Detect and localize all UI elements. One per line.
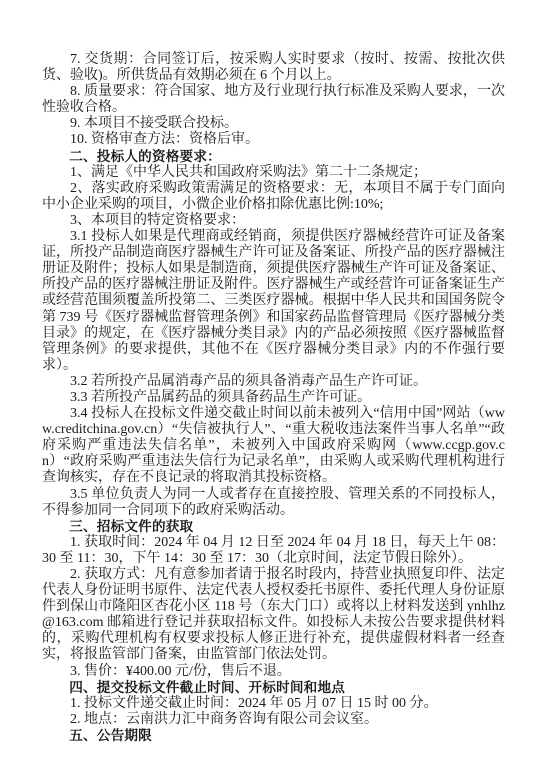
- paragraph: 2、落实政府采购政策需满足的资格要求：无，本项目不属于专门面向中小企业采购的项目…: [42, 181, 505, 213]
- section-heading: 二、投标人的资格要求：: [42, 149, 505, 165]
- paragraph: 3、本项目的特定资格要求：: [42, 213, 505, 229]
- paragraph: 3.5 单位负责人为同一人或者存在直接控股、管理关系的不同投标人，不得参加同一合…: [42, 487, 505, 519]
- paragraph: 2. 获取方式：凡有意参加者请于报名时段内，持营业执照复印件、法定代表人身份证明…: [42, 567, 505, 664]
- paragraph: 8. 质量要求：符合国家、地方及行业现行执行标准及采购人要求，一次性验收合格。: [42, 84, 505, 116]
- paragraph: 3.1 投标人如果是代理商或经销商，须提供医疗器械经营许可证及备案证，所投产品制…: [42, 229, 505, 374]
- paragraph: 3. 售价：¥400.00 元/份，售后不退。: [42, 664, 505, 680]
- paragraph: 3.3 若所投产品属药品的须具备药品生产许可证。: [42, 390, 505, 406]
- section-heading: 五、公告期限: [42, 728, 505, 744]
- section-heading: 四、提交投标文件截止时间、开标时间和地点: [42, 680, 505, 696]
- paragraph: 1. 获取时间：2024 年 04 月 12 日至 2024 年 04 月 18…: [42, 535, 505, 567]
- section-heading: 三、招标文件的获取: [42, 519, 505, 535]
- document-body: 7. 交货期：合同签订后，按采购人实时要求（按时、按需、按批次供货、验收)。所供…: [42, 52, 505, 744]
- paragraph: 3.2 若所投产品属消毒产品的须具备消毒产品生产许可证。: [42, 374, 505, 390]
- paragraph: 10. 资格审查方法：资格后审。: [42, 132, 505, 148]
- paragraph: 7. 交货期：合同签订后，按采购人实时要求（按时、按需、按批次供货、验收)。所供…: [42, 52, 505, 84]
- paragraph: 9. 本项目不接受联合投标。: [42, 116, 505, 132]
- document-page: 7. 交货期：合同签订后，按采购人实时要求（按时、按需、按批次供货、验收)。所供…: [0, 0, 548, 783]
- paragraph: 1. 投标文件递交截止时间：2024 年 05 月 07 日 15 时 00 分…: [42, 696, 505, 712]
- paragraph: 1、满足《中华人民共和国政府采购法》第二十二条规定；: [42, 165, 505, 181]
- paragraph: 2. 地点：云南洪力汇中商务咨询有限公司会议室。: [42, 712, 505, 728]
- paragraph: 3.4 投标人在投标文件递交截止时间以前未被列入“信用中国”网站（www.cre…: [42, 406, 505, 486]
